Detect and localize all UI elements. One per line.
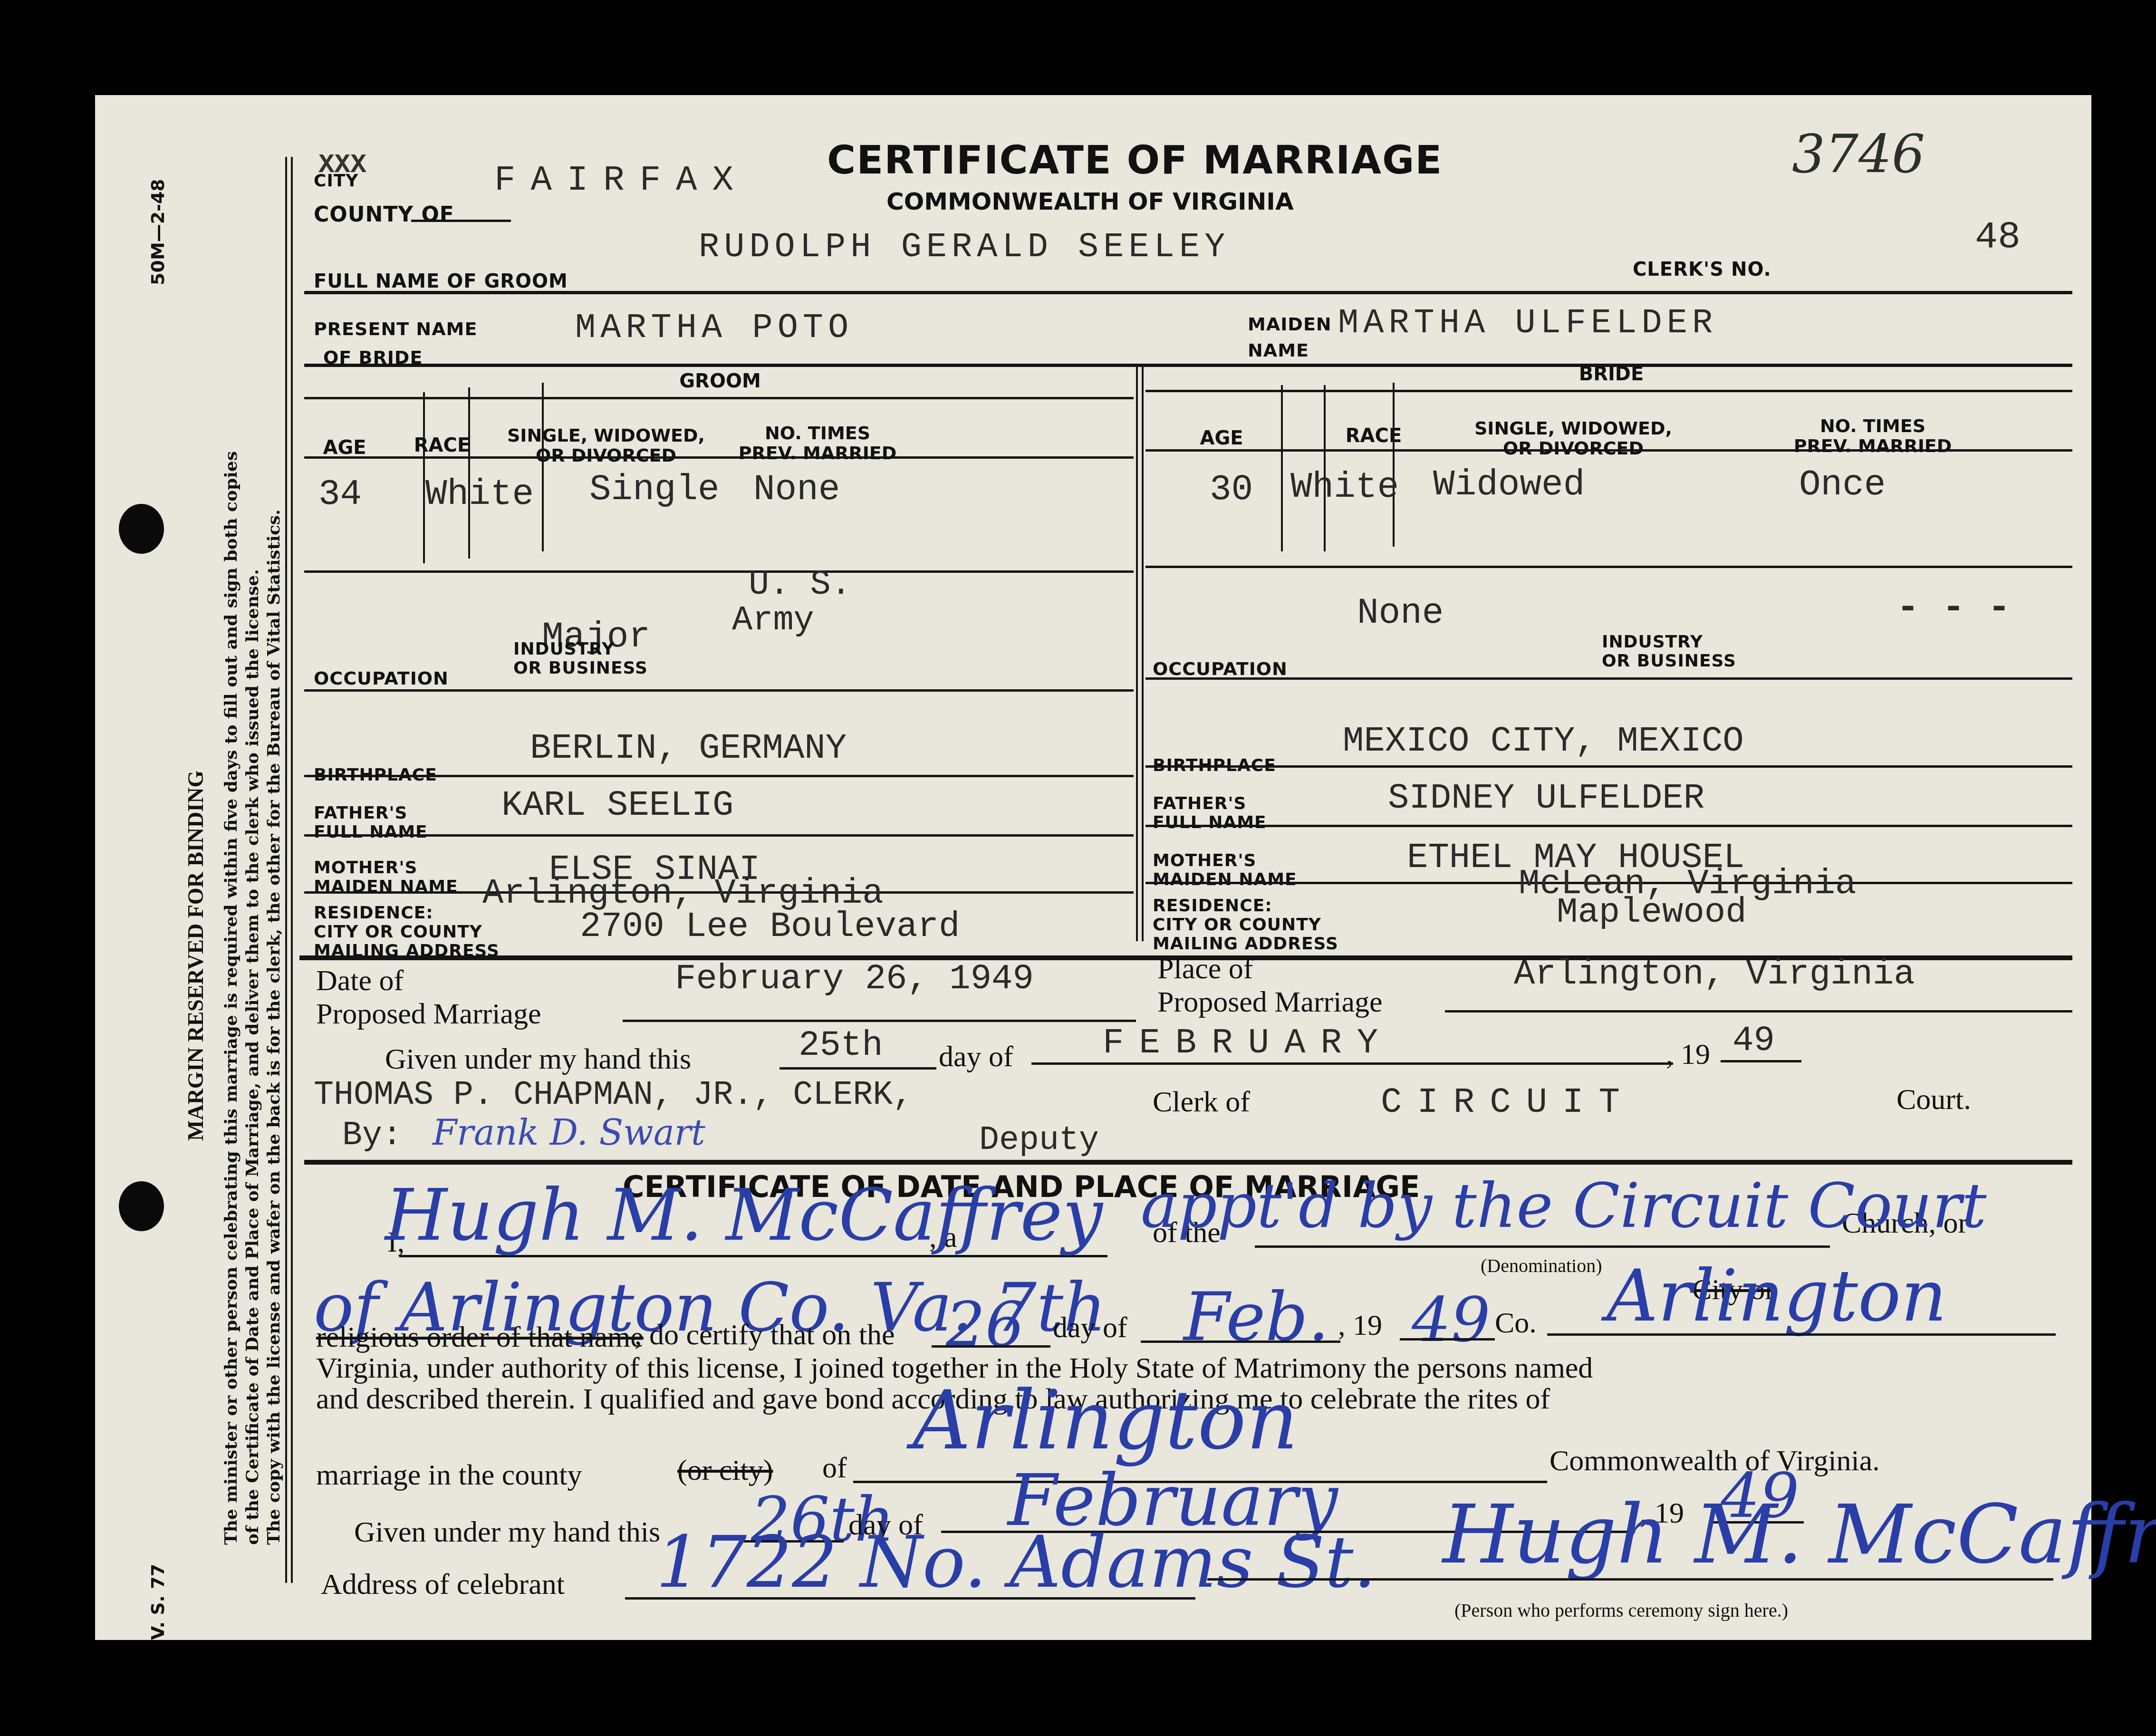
co-label: Co. bbox=[1495, 1307, 1537, 1339]
groom-col-divider-2 bbox=[468, 387, 470, 559]
groom-father-rule bbox=[304, 834, 1134, 837]
groom-col-divider-3 bbox=[542, 383, 544, 551]
groom-status-header: SINGLE, WIDOWED,OR DIVORCED bbox=[499, 425, 713, 465]
groom-heading: GROOM bbox=[304, 371, 1136, 392]
cert-dayof-label: day of bbox=[1053, 1312, 1127, 1343]
bride-heading-rule bbox=[1145, 390, 2072, 392]
bride-father-label-1: FATHER'S bbox=[1153, 794, 1246, 814]
bride-industry-label-2: OR BUSINESS bbox=[1602, 651, 1736, 671]
bride-present-name: MARTHA POTO bbox=[575, 309, 853, 347]
groom-status: Single bbox=[589, 471, 720, 509]
county-value: FAIRFAX bbox=[494, 162, 749, 200]
clerk-of-label: Clerk of bbox=[1153, 1086, 1250, 1118]
cert-month-handwritten: Feb. bbox=[1184, 1279, 1329, 1356]
bride-father-label-2: FULL NAME bbox=[1153, 813, 1267, 833]
document-subtitle: COMMONWEALTH OF VIRGINIA bbox=[886, 188, 1294, 215]
groom-bride-divider-b bbox=[1142, 366, 1144, 941]
or-city-label: (or city) bbox=[677, 1455, 773, 1486]
bride-heading: BRIDE bbox=[1145, 364, 2077, 385]
proposed-place: Arlington, Virginia bbox=[1514, 955, 1915, 993]
groom-father-label-1: FATHER'S bbox=[314, 803, 407, 823]
cert-day-underline bbox=[932, 1345, 1050, 1348]
proposed-date: February 26, 1949 bbox=[675, 960, 1034, 998]
groom-industry-line2: Army bbox=[732, 601, 814, 639]
binding-hole-bottom bbox=[119, 1181, 164, 1231]
groom-bride-divider-a bbox=[1136, 366, 1138, 941]
marriage-in-county-label: marriage in the county bbox=[316, 1459, 582, 1491]
place-label-1: Place of bbox=[1157, 953, 1253, 984]
bride-industry: - - - bbox=[1896, 589, 2011, 627]
celebrant-address-underline bbox=[625, 1597, 1195, 1600]
marriage-of-label: of bbox=[822, 1452, 847, 1484]
groom-full-name: RUDOLPH GERALD SEELEY bbox=[699, 228, 1230, 266]
bride-father-name: SIDNEY ULFELDER bbox=[1388, 780, 1704, 818]
margin-border-left bbox=[285, 157, 287, 1583]
groom-occupation-rule bbox=[304, 689, 1134, 692]
court-name: CIRCUIT bbox=[1381, 1084, 1635, 1122]
clerks-no-label: CLERK'S NO. bbox=[1633, 259, 1771, 280]
bride-times-married: Once bbox=[1799, 466, 1886, 504]
groom-industry-line1: U. S. bbox=[749, 566, 851, 604]
commonwealth-label: Commonwealth of Virginia. bbox=[1550, 1445, 1880, 1476]
bride-father-rule bbox=[1145, 825, 2072, 827]
groom-industry-label-1: INDUSTRY bbox=[513, 639, 615, 659]
bride-residence-address: Maplewood bbox=[1557, 894, 1747, 932]
groom-mother-label-2: MAIDEN NAME bbox=[314, 877, 458, 897]
deputy-label: Deputy bbox=[979, 1122, 1099, 1160]
court-label: Court. bbox=[1896, 1084, 1971, 1115]
bride-occupation: None bbox=[1357, 594, 1444, 632]
margin-border-right bbox=[291, 157, 293, 1583]
groom-col-divider-1 bbox=[423, 392, 425, 563]
groom-col-header-rule bbox=[304, 456, 1134, 459]
license-given-day: 25th bbox=[799, 1027, 883, 1065]
instruction-line-1: The minister or other person celebrating… bbox=[221, 451, 241, 1545]
maiden-name-label-1: MAIDEN bbox=[1248, 314, 1332, 335]
celebrant-address-handwritten: 1722 No. Adams St. bbox=[656, 1521, 1376, 1604]
bride-race: White bbox=[1290, 468, 1399, 506]
denomination-label: (Denomination) bbox=[1481, 1250, 1602, 1282]
bride-industry-label-1: INDUSTRY bbox=[1602, 632, 1703, 652]
cert-year-underline bbox=[1400, 1338, 1495, 1341]
license-year-prefix: , 19 bbox=[1666, 1039, 1710, 1070]
celebrant-signature-underline bbox=[1207, 1578, 2053, 1581]
instruction-line-3: The copy with the license and wafer on t… bbox=[264, 509, 284, 1545]
file-number: 3746 bbox=[1792, 124, 1925, 184]
city-label: CITY bbox=[314, 171, 358, 191]
bride-col-header-rule bbox=[1145, 449, 2072, 452]
groom-father-label-2: FULL NAME bbox=[314, 822, 428, 842]
groom-race: White bbox=[425, 475, 534, 513]
cert-county-handwritten: Arlington bbox=[1607, 1255, 1947, 1338]
marriage-county-handwritten: Arlington bbox=[913, 1374, 1298, 1468]
license-given-label: Given under my hand this bbox=[385, 1043, 691, 1075]
clerk-name: THOMAS P. CHAPMAN, JR., CLERK, bbox=[314, 1077, 913, 1115]
groom-stats-rule bbox=[304, 570, 1134, 573]
groom-name-label: FULL NAME OF GROOM bbox=[314, 271, 568, 292]
groom-occupation-label: OCCUPATION bbox=[314, 668, 449, 689]
bride-residence-label-1: RESIDENCE: bbox=[1153, 896, 1272, 916]
address-of-celebrant-label: Address of celebrant bbox=[321, 1569, 565, 1600]
license-year-underline bbox=[1721, 1060, 1801, 1062]
license-given-year: 49 bbox=[1732, 1022, 1775, 1060]
bride-birthplace: MEXICO CITY, MEXICO bbox=[1343, 723, 1744, 761]
document-title: CERTIFICATE OF MARRIAGE bbox=[827, 138, 1443, 183]
bride-col-divider-3 bbox=[1393, 383, 1395, 547]
deputy-signature: Frank D. Swart bbox=[433, 1112, 705, 1153]
cert-day-handwritten: 26 bbox=[946, 1288, 1024, 1360]
groom-residence-address: 2700 Lee Boulevard bbox=[580, 908, 960, 946]
authority-handwritten: appt'd by the Circuit Court bbox=[1141, 1169, 1986, 1242]
binding-margin-label: MARGIN RESERVED FOR BINDING bbox=[183, 771, 208, 1141]
bride-maiden-name: MARTHA ULFELDER bbox=[1338, 304, 1717, 342]
certify-text: , do certify that on the bbox=[635, 1319, 895, 1350]
bride-age: 30 bbox=[1210, 471, 1253, 509]
bride-mother-label-1: MOTHER'S bbox=[1153, 851, 1256, 871]
groom-race-header: RACE bbox=[390, 435, 494, 456]
bride-residence-label-2: CITY OR COUNTY bbox=[1153, 915, 1321, 935]
date-label-1: Date of bbox=[316, 965, 404, 996]
license-dayof-label: day of bbox=[939, 1041, 1013, 1072]
place-label-2: Proposed Marriage bbox=[1157, 986, 1382, 1018]
license-bottom-rule bbox=[304, 1160, 2072, 1165]
bride-stats-rule bbox=[1145, 566, 2072, 568]
groom-residence-label-1: RESIDENCE: bbox=[314, 903, 433, 923]
binding-hole-top bbox=[119, 504, 164, 554]
license-month-underline bbox=[1031, 1062, 1673, 1065]
cert-county-underline bbox=[1547, 1333, 2056, 1336]
license-given-month: FEBRUARY bbox=[1103, 1024, 1393, 1062]
bride-mother-label-2: MAIDEN NAME bbox=[1153, 870, 1297, 890]
bride-status-header: SINGLE, WIDOWED,OR DIVORCED bbox=[1464, 418, 1683, 458]
groom-father-name: KARL SEELIG bbox=[501, 787, 733, 825]
bride-age-header: AGE bbox=[1150, 428, 1293, 449]
groom-mother-label-1: MOTHER'S bbox=[314, 858, 417, 878]
clerks-number: 48 bbox=[1975, 219, 2021, 257]
groom-name-rule bbox=[304, 291, 2072, 294]
groom-birthplace: BERLIN, GERMANY bbox=[530, 730, 847, 768]
proposed-place-underline bbox=[1445, 1010, 2072, 1013]
date-label-2: Proposed Marriage bbox=[316, 998, 541, 1030]
proposed-date-underline bbox=[623, 1020, 1136, 1022]
marriage-certificate-document: 50M—2-48 V. S. 77 MARGIN RESERVED FOR BI… bbox=[95, 95, 2091, 1640]
groom-age-header: AGE bbox=[304, 437, 385, 458]
cert-given-label: Given under my hand this bbox=[354, 1516, 660, 1548]
maiden-name-label-2: NAME bbox=[1248, 340, 1309, 361]
groom-age: 34 bbox=[318, 475, 362, 513]
bride-col-divider-1 bbox=[1281, 385, 1283, 551]
county-underline bbox=[411, 220, 511, 222]
license-day-underline bbox=[780, 1067, 936, 1070]
groom-residence-label-2: CITY OR COUNTY bbox=[314, 922, 482, 942]
cert-year-handwritten: 49 bbox=[1412, 1283, 1490, 1356]
bride-status: Widowed bbox=[1433, 466, 1585, 504]
celebrant-name-handwritten: Hugh M. McCaffrey bbox=[385, 1174, 1103, 1257]
form-number: 50M—2-48 bbox=[147, 179, 168, 285]
denomination-underline bbox=[1255, 1245, 1830, 1248]
signature-note: (Person who performs ceremony sign here.… bbox=[1454, 1595, 1788, 1626]
form-code: V. S. 77 bbox=[147, 1564, 168, 1640]
cert-year-prefix: , 19 bbox=[1338, 1310, 1382, 1341]
instruction-line-2: of the Certificate of Date and Place of … bbox=[242, 569, 262, 1545]
bride-birthplace-rule bbox=[1145, 765, 2072, 768]
county-label: COUNTY OF bbox=[314, 204, 454, 225]
groom-heading-rule bbox=[304, 397, 1134, 399]
bride-occupation-label: OCCUPATION bbox=[1153, 658, 1288, 679]
cert-month-underline bbox=[1141, 1341, 1340, 1343]
bride-race-header: RACE bbox=[1307, 425, 1440, 446]
present-name-label-1: PRESENT NAME bbox=[314, 318, 477, 339]
celebrant-signature: Hugh M. McCaffrey bbox=[1443, 1488, 2156, 1582]
bride-residence-label-3: MAILING ADDRESS bbox=[1153, 934, 1338, 954]
groom-times-married: None bbox=[753, 471, 840, 509]
religious-order-text: religious order of that name bbox=[316, 1321, 644, 1353]
by-label: By: bbox=[342, 1117, 402, 1155]
groom-industry-label-2: OR BUSINESS bbox=[513, 658, 648, 678]
groom-birthplace-rule bbox=[304, 775, 1134, 777]
bride-occupation-rule bbox=[1145, 677, 2072, 680]
